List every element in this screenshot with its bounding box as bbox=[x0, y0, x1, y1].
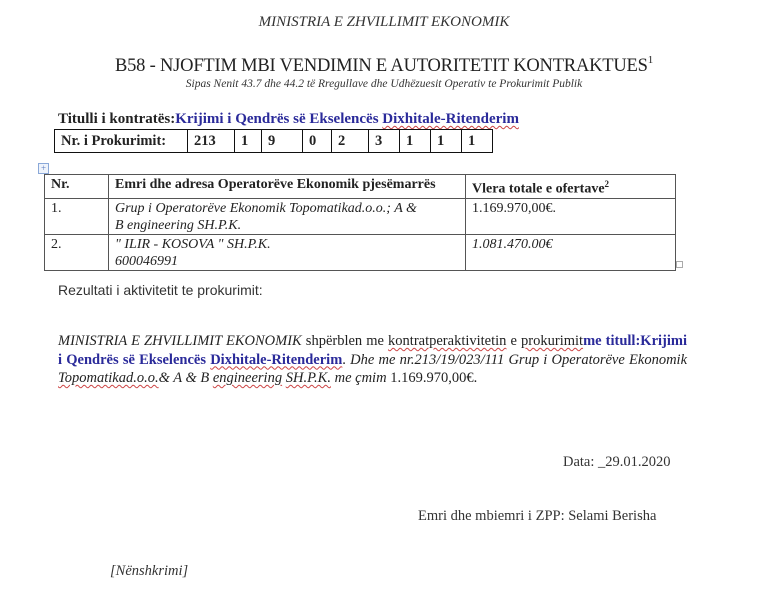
contract-title-part2: Dixhitale-Ritenderim bbox=[382, 111, 519, 127]
result-text: e bbox=[506, 333, 521, 349]
result-text: . bbox=[342, 352, 350, 368]
header-value-text: Vlera totale e ofertave bbox=[472, 182, 605, 197]
result-text: me çmim bbox=[331, 370, 387, 386]
date-field: Data: _29.01.2020 bbox=[563, 454, 671, 471]
table-move-handle-icon[interactable]: + bbox=[38, 163, 49, 174]
result-amount: 1.169.970,00€. bbox=[387, 370, 478, 386]
procurement-digit: 0 bbox=[303, 130, 332, 153]
row-value: 1.169.970,00€. bbox=[466, 198, 676, 234]
offers-table-header: Nr. Emri dhe adresa Operatorëve Ekonomik… bbox=[45, 175, 676, 199]
row-operator: " ILIR - KOSOVA " SH.P.K.600046991 bbox=[109, 234, 466, 270]
table-resize-handle[interactable] bbox=[676, 261, 683, 268]
title-footnote: 1 bbox=[648, 54, 653, 66]
contract-title: Titulli i kontratës:Krijimi i Qendrës së… bbox=[58, 111, 519, 128]
procurement-digit: 213 bbox=[188, 130, 235, 153]
header-operator: Emri dhe adresa Operatorëve Ekonomik pje… bbox=[109, 175, 466, 199]
procurement-digit: 1 bbox=[400, 130, 431, 153]
result-label: Rezultati i aktivitetit te prokurimit: bbox=[58, 282, 263, 298]
procurement-digit: 2 bbox=[332, 130, 369, 153]
procurement-number-table: Nr. i Prokurimit: 213 1 9 0 2 3 1 1 1 bbox=[54, 129, 493, 153]
document-title-text: B58 - NJOFTIM MBI VENDIMIN E AUTORITETIT… bbox=[115, 56, 648, 76]
procurement-digit: 3 bbox=[369, 130, 400, 153]
row-operator-line1: Grup i Operatorëve Ekonomik Topomatikad.… bbox=[115, 201, 417, 216]
header-value: Vlera totale e ofertave2 bbox=[466, 175, 676, 199]
row-operator-line2: B engineering SH.P.K. bbox=[115, 218, 241, 233]
row-operator-line1: " ILIR - KOSOVA " SH.P.K. bbox=[115, 237, 271, 252]
row-value: 1.081.470.00€ bbox=[466, 234, 676, 270]
result-paragraph: MINISTRIA E ZHVILLIMIT EKONOMIK shpërble… bbox=[58, 332, 687, 388]
procurement-number-label: Nr. i Prokurimit: bbox=[55, 130, 188, 153]
contract-title-value: Krijimi i Qendrës së Ekselencës Dixhital… bbox=[175, 111, 519, 127]
row-operator: Grup i Operatorëve Ekonomik Topomatikad.… bbox=[109, 198, 466, 234]
contract-title-part1: Krijimi i Qendrës së Ekselencës bbox=[175, 111, 382, 127]
header-value-footnote: 2 bbox=[605, 179, 610, 189]
row-nr: 1. bbox=[45, 198, 109, 234]
contract-title-label: Titulli i kontratës: bbox=[58, 111, 175, 127]
result-text: Topomatikad.o.o. bbox=[58, 370, 159, 386]
result-text: shpërblen me bbox=[302, 333, 388, 349]
ministry-heading: MINISTRIA E ZHVILLIMIT EKONOMIK bbox=[0, 14, 768, 31]
row-operator-line2: 600046991 bbox=[115, 254, 178, 269]
table-row: 1. Grup i Operatorëve Ekonomik Topomatik… bbox=[45, 198, 676, 234]
result-text: kontratperaktivitetin bbox=[388, 333, 506, 349]
procurement-digit: 9 bbox=[262, 130, 303, 153]
row-nr: 2. bbox=[45, 234, 109, 270]
table-row: 2. " ILIR - KOSOVA " SH.P.K.600046991 1.… bbox=[45, 234, 676, 270]
signature-placeholder: [Nënshkrimi] bbox=[110, 563, 188, 580]
result-text: engineering bbox=[213, 370, 282, 386]
offers-table: Nr. Emri dhe adresa Operatorëve Ekonomik… bbox=[44, 174, 676, 271]
result-ministry: MINISTRIA E ZHVILLIMIT EKONOMIK bbox=[58, 333, 302, 349]
document-subtitle: Sipas Nenit 43.7 dhe 44.2 të Rregullave … bbox=[0, 78, 768, 90]
result-contract-title: Dixhitale-Ritenderim bbox=[210, 352, 342, 368]
result-text: SH.P.K. bbox=[286, 370, 331, 386]
procurement-digit: 1 bbox=[235, 130, 262, 153]
result-text: Dhe me nr.213/19/023/111 Grup i Operator… bbox=[350, 352, 687, 368]
document-title: B58 - NJOFTIM MBI VENDIMIN E AUTORITETIT… bbox=[0, 56, 768, 77]
header-nr: Nr. bbox=[45, 175, 109, 199]
result-text: prokurimit bbox=[521, 333, 583, 349]
zpp-name: Emri dhe mbiemri i ZPP: Selami Berisha bbox=[418, 508, 656, 525]
result-text: & A & B bbox=[159, 370, 213, 386]
procurement-digit: 1 bbox=[431, 130, 462, 153]
procurement-digit: 1 bbox=[462, 130, 493, 153]
